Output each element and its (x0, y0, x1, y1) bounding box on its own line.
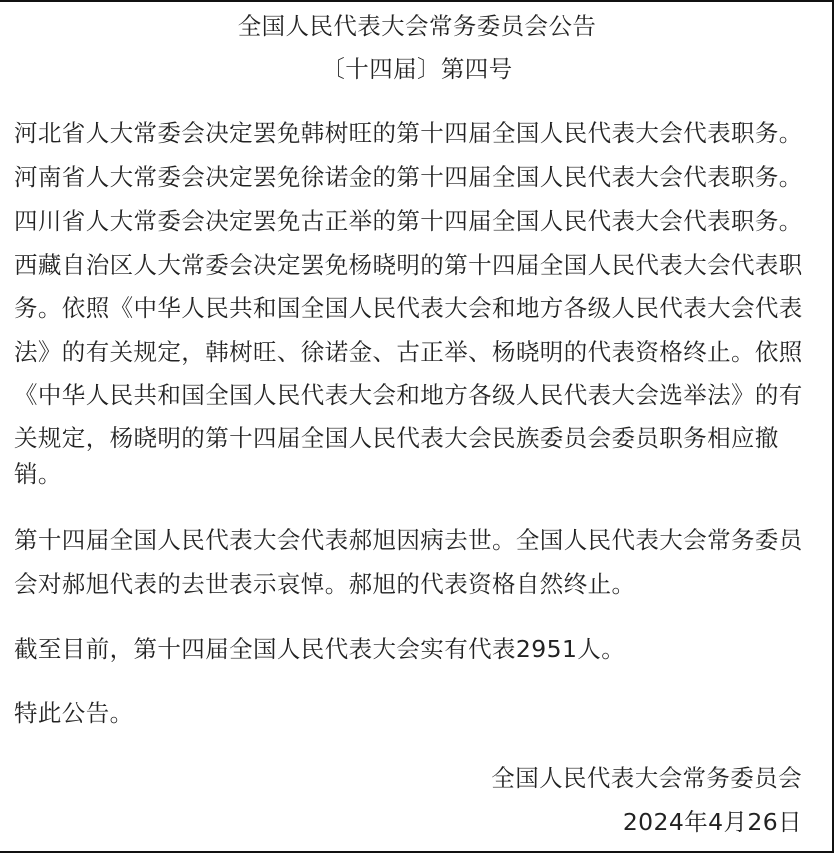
paragraph-line: 会对郝旭代表的去世表示哀悼。郝旭的代表资格自然终止。 (14, 569, 635, 599)
announcement-number: 〔十四届〕第四号 (0, 54, 834, 84)
paragraph-line: 法》的有关规定，韩树旺、徐诺金、古正举、杨晓明的代表资格终止。依照 (14, 337, 803, 367)
paragraph-line: 第十四届全国人民代表大会代表郝旭因病去世。全国人民代表大会常务委员 (14, 525, 803, 555)
announcement-title: 全国人民代表大会常务委员会公告 (0, 11, 834, 41)
paragraph-line: 西藏自治区人大常委会决定罢免杨晓明的第十四届全国人民代表大会代表职 (14, 250, 803, 280)
paragraph-line: 务。依照《中华人民共和国全国人民代表大会和地方各级人民代表大会代表 (14, 293, 803, 323)
signature-date: 2024年4月26日 (623, 807, 802, 837)
paragraph-line: 河北省人大常委会决定罢免韩树旺的第十四届全国人民代表大会代表职务。 (14, 118, 803, 148)
announcement-document: 全国人民代表大会常务委员会公告 〔十四届〕第四号 河北省人大常委会决定罢免韩树旺… (0, 0, 834, 853)
paragraph-line: 特此公告。 (14, 698, 134, 728)
paragraph-line: 销。 (14, 459, 62, 489)
signature-issuer: 全国人民代表大会常务委员会 (491, 763, 802, 793)
paragraph-line: 《中华人民共和国全国人民代表大会和地方各级人民代表大会选举法》的有 (14, 380, 803, 410)
paragraph-line: 截至目前，第十四届全国人民代表大会实有代表2951人。 (14, 634, 625, 664)
paragraph-line: 四川省人大常委会决定罢免古正举的第十四届全国人民代表大会代表职务。 (14, 206, 803, 236)
paragraph-line: 河南省人大常委会决定罢免徐诺金的第十四届全国人民代表大会代表职务。 (14, 162, 803, 192)
paragraph-line: 关规定，杨晓明的第十四届全国人民代表大会民族委员会委员职务相应撤 (14, 423, 779, 453)
